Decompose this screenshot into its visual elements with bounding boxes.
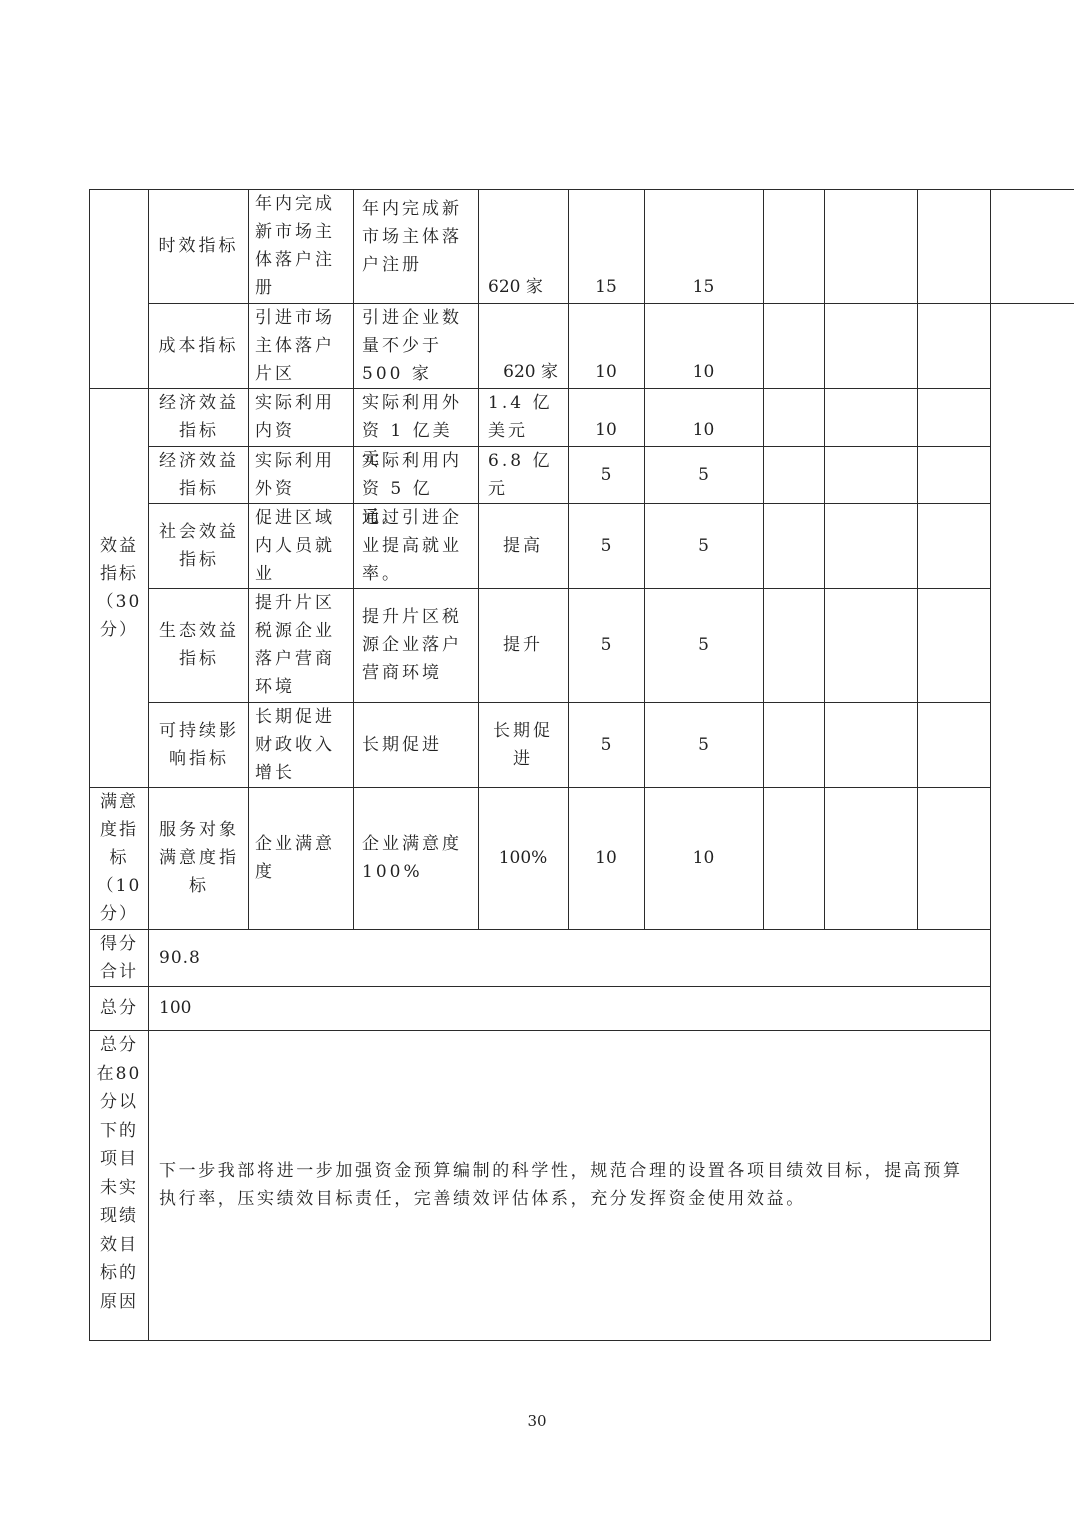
indicator-name-cell: 企业满意度 [255, 787, 345, 929]
target-value: 引进企业数量不少于500 家 [362, 308, 462, 384]
full-score-value-cell: 100 [159, 986, 979, 1030]
indicator-name-cell: 年内完成新市场主体落户注册 [255, 190, 345, 303]
target-cell: 通过引进企业提高就业率。 [362, 504, 472, 588]
indicator-type-cell: 服务对象满意度指标 [154, 787, 244, 929]
table-border [89, 1340, 991, 1341]
weight-cell: 10 [568, 787, 644, 929]
score-cell: 5 [644, 503, 763, 588]
category-cell-benefit: 效益指标（30分） [96, 388, 142, 787]
actual-cell: 提升 [478, 588, 568, 702]
indicator-type-cell: 社会效益指标 [154, 503, 244, 588]
weight-value: 5 [601, 461, 612, 489]
weight-value: 5 [601, 532, 612, 560]
weight-value: 10 [595, 416, 617, 444]
category-label: 效益指标（30分） [96, 532, 142, 644]
table-border [89, 189, 90, 1341]
score-value: 10 [693, 844, 715, 872]
indicator-name: 企业满意度 [255, 830, 345, 886]
full-score-value: 100 [159, 994, 191, 1022]
indicator-name: 实际利用外资 [255, 451, 335, 499]
actual-value: 620 家 [503, 358, 558, 386]
indicator-type: 经济效益指标 [159, 451, 239, 499]
full-score-label: 总分 [100, 994, 138, 1022]
actual-cell: 620 家 [478, 303, 568, 388]
weight-value: 5 [601, 731, 612, 759]
target-cell: 实际利用外资 1 亿美元 [362, 389, 472, 446]
weight-value: 10 [595, 358, 617, 386]
actual-value: 620 家 [488, 273, 543, 301]
reason-label-cell: 总分在80分以下的项目未实现绩效目标的原因 [96, 1031, 142, 1340]
indicator-name: 年内完成新市场主体落户注册 [255, 194, 335, 298]
reason-text-cell: 下一步我部将进一步加强资金预算编制的科学性，规范合理的设置各项目绩效目标，提高预… [159, 1030, 981, 1340]
weight-cell: 5 [568, 588, 644, 702]
score-value: 10 [693, 416, 715, 444]
score-cell: 5 [644, 702, 763, 787]
indicator-name-cell: 实际利用内资 [255, 389, 345, 446]
indicator-name-cell: 实际利用外资 [255, 447, 345, 503]
target-cell: 长期促进 [362, 702, 472, 787]
indicator-name: 促进区域内人员就业 [255, 508, 335, 584]
indicator-name-cell: 促进区域内人员就业 [255, 504, 345, 588]
page-number: 30 [0, 1412, 1074, 1430]
actual-cell: 6.8 亿元 [488, 447, 558, 503]
indicator-type: 服务对象满意度指标 [154, 816, 244, 900]
actual-value: 6.8 亿元 [488, 451, 552, 499]
score-total-label: 得分合计 [96, 930, 142, 986]
table-border [990, 189, 991, 1341]
table-border [824, 189, 825, 930]
reason-text: 下一步我部将进一步加强资金预算编制的科学性，规范合理的设置各项目绩效目标，提高预… [159, 1157, 981, 1213]
weight-value: 5 [601, 631, 612, 659]
indicator-type-cell: 生态效益指标 [154, 588, 244, 702]
table-border [353, 189, 354, 930]
indicator-name: 提升片区税源企业落户营商环境 [255, 593, 335, 697]
target-value: 长期促进 [362, 731, 442, 759]
score-value: 10 [693, 358, 715, 386]
weight-cell: 10 [568, 303, 644, 388]
indicator-type-cell: 经济效益指标 [154, 389, 244, 446]
target-cell: 引进企业数量不少于500 家 [362, 304, 472, 388]
score-cell: 5 [644, 446, 763, 503]
actual-cell: 1.4 亿美元 [488, 389, 558, 446]
score-cell: 10 [644, 787, 763, 929]
score-total-value: 90.8 [159, 944, 201, 972]
weight-value: 15 [595, 273, 617, 301]
actual-cell: 100% [478, 787, 568, 929]
indicator-name-cell: 引进市场主体落户片区 [255, 304, 345, 388]
indicator-type-cell: 成本指标 [149, 303, 248, 388]
indicator-type: 经济效益指标 [159, 393, 239, 441]
reason-label: 总分在80分以下的项目未实现绩效目标的原因 [97, 1035, 142, 1312]
target-cell: 企业满意度100% [362, 787, 472, 929]
weight-cell: 10 [568, 388, 644, 446]
actual-value: 提高 [503, 532, 543, 560]
indicator-name-cell: 长期促进财政收入增长 [255, 703, 345, 787]
actual-value: 长期促进 [490, 717, 556, 773]
indicator-name: 引进市场主体落户片区 [255, 308, 335, 384]
weight-value: 10 [595, 844, 617, 872]
indicator-name: 实际利用内资 [255, 393, 335, 441]
target-value: 提升片区税源企业落户营商环境 [362, 603, 472, 687]
actual-cell: 提高 [478, 503, 568, 588]
score-value: 5 [698, 461, 709, 489]
indicator-type-cell: 时效指标 [149, 189, 248, 303]
actual-cell: 长期促进 [490, 702, 556, 787]
target-value: 企业满意度100% [362, 830, 472, 886]
target-value: 年内完成新市场主体落户注册 [362, 195, 472, 279]
score-value: 5 [698, 731, 709, 759]
indicator-type: 可持续影响指标 [154, 717, 244, 773]
actual-value: 100% [499, 844, 548, 872]
score-cell: 10 [644, 303, 763, 388]
indicator-name: 长期促进财政收入增长 [255, 707, 335, 783]
table-border [248, 189, 249, 930]
indicator-type: 生态效益指标 [154, 617, 244, 673]
weight-cell: 15 [568, 189, 644, 303]
table-border [917, 189, 918, 930]
table-border [763, 189, 764, 930]
target-cell: 提升片区税源企业落户营商环境 [362, 588, 472, 702]
score-value: 5 [698, 631, 709, 659]
indicator-name-cell: 提升片区税源企业落户营商环境 [255, 589, 345, 702]
score-value: 5 [698, 532, 709, 560]
weight-cell: 5 [568, 446, 644, 503]
score-value: 15 [693, 273, 715, 301]
target-cell: 年内完成新市场主体落户注册 [362, 189, 472, 284]
actual-value: 1.4 亿美元 [488, 393, 552, 441]
score-cell: 15 [644, 189, 763, 303]
full-score-label-cell: 总分 [96, 986, 142, 1030]
score-cell: 5 [644, 588, 763, 702]
category-cell-satisfaction: 满意度指标（10分） [96, 788, 142, 929]
indicator-type: 社会效益指标 [154, 518, 244, 574]
category-label: 满意度指标（10分） [97, 792, 142, 924]
indicator-type-cell: 经济效益指标 [154, 447, 244, 503]
weight-cell: 5 [568, 503, 644, 588]
actual-value: 提升 [503, 631, 543, 659]
score-total-value-cell: 90.8 [159, 929, 979, 986]
indicator-type: 时效指标 [159, 232, 239, 260]
actual-cell: 620 家 [488, 189, 568, 303]
weight-cell: 5 [568, 702, 644, 787]
indicator-type-cell: 可持续影响指标 [154, 702, 244, 787]
score-cell: 10 [644, 388, 763, 446]
indicator-type: 成本指标 [159, 332, 239, 360]
target-cell: 实际利用内资 5 亿元。 [362, 447, 472, 503]
score-total-label-cell: 得分合计 [96, 929, 142, 986]
target-value: 通过引进企业提高就业率。 [362, 508, 462, 584]
